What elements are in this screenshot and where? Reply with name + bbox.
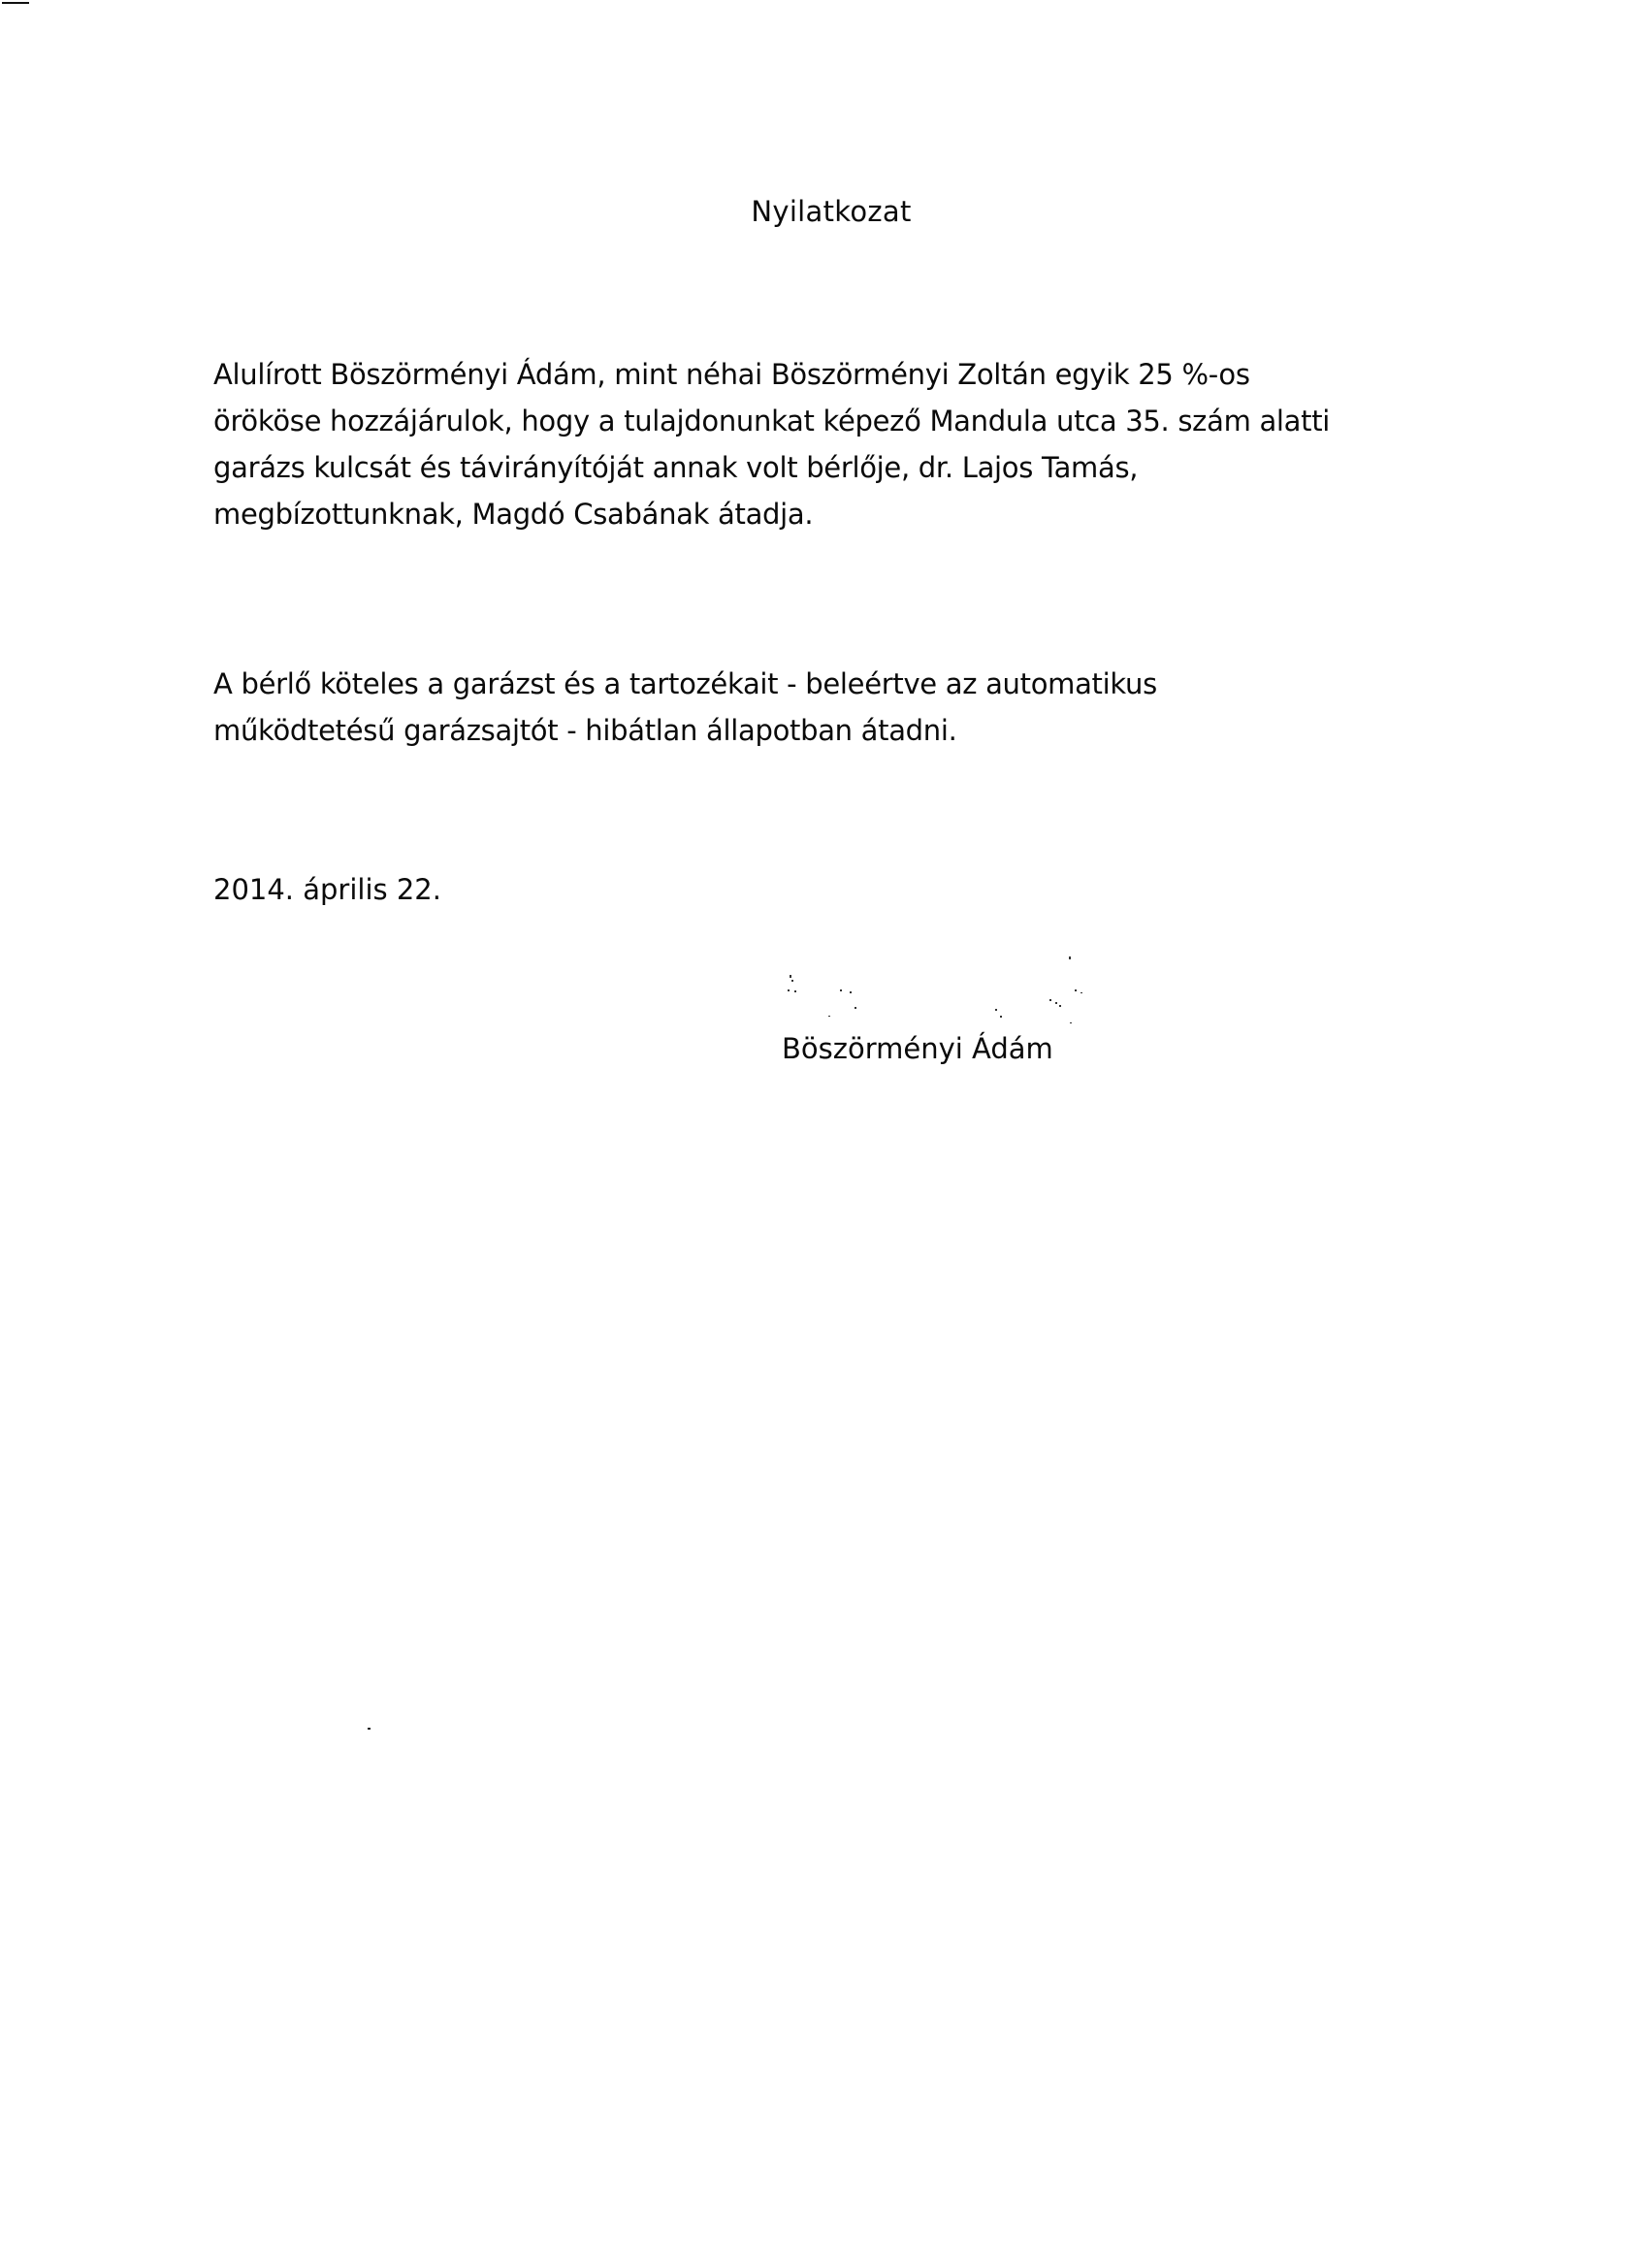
paragraph-line: A bérlő köteles a garázst és a tartozéka… bbox=[213, 661, 1435, 707]
document-title-text: Nyilatkozat bbox=[751, 195, 911, 228]
paragraph-line: Alulírott Böszörményi Ádám, mint néhai B… bbox=[213, 351, 1435, 398]
paragraph-line: garázs kulcsát és távirányítóját annak v… bbox=[213, 444, 1435, 491]
obligation-paragraph: A bérlő köteles a garázst és a tartozéka… bbox=[213, 661, 1435, 754]
handwritten-signature-icon bbox=[762, 941, 1112, 1033]
scan-artifact-mark bbox=[2, 2, 29, 4]
document-title: Nyilatkozat bbox=[0, 194, 1645, 229]
signature-block: Böszörményi Ádám bbox=[762, 941, 1112, 1086]
signatory-name: Böszörményi Ádám bbox=[782, 1029, 1053, 1068]
declaration-paragraph: Alulírott Böszörményi Ádám, mint néhai B… bbox=[213, 351, 1435, 537]
paragraph-line: megbízottunknak, Magdó Csabának átadja. bbox=[213, 491, 1435, 537]
paragraph-line: működtetésű garázsajtót - hibátlan állap… bbox=[213, 707, 1435, 754]
scan-speck bbox=[368, 1728, 371, 1730]
scanned-document-page: Nyilatkozat Alulírott Böszörményi Ádám, … bbox=[0, 0, 1645, 2268]
paragraph-line: örököse hozzájárulok, hogy a tulajdonunk… bbox=[213, 398, 1435, 444]
document-date: 2014. április 22. bbox=[213, 870, 441, 909]
